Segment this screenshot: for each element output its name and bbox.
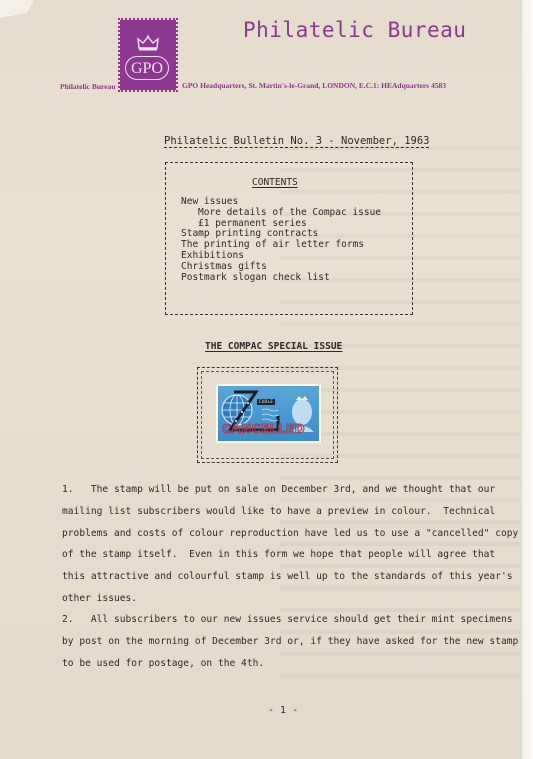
compac-stamp: CABLE CANCELLED [216,384,321,443]
contents-item: More details of the Compac issue [181,208,381,219]
contents-title: CONTENTS [252,177,298,188]
text-line: by post on the morning of December 3rd o… [62,631,522,653]
page-number: - 1 - [268,705,298,716]
contents-item: Christmas gifts [181,262,381,273]
letterhead-address: GPO Headquarters, St. Martin's-le-Grand,… [182,81,446,90]
contents-list: New issues More details of the Compac is… [181,197,381,283]
text-line: 1. The stamp will be put on sale on Dece… [62,479,522,501]
text-line: to be used for postage, on the 4th. [62,653,522,675]
text-line: 2. All subscribers to our new issues ser… [62,609,522,631]
text-line: other issues. [62,588,522,610]
cancelled-overprint: CANCELLED [222,422,305,436]
document-page: GPO Philatelic Bureau Philatelic Bureau … [0,0,523,759]
text-line: problems and costs of colour reproductio… [62,523,522,545]
stamp-cable-label: CABLE [257,399,275,405]
text-line: this attractive and colourful stamp is w… [62,566,522,588]
letterhead-title: Philatelic Bureau [243,18,466,42]
logo-gpo-text: GPO [125,56,169,80]
paragraph-1: 1. The stamp will be put on sale on Dece… [62,479,522,610]
section-title: THE COMPAC SPECIAL ISSUE [205,341,342,352]
contents-item: Postmark slogan check list [181,273,381,284]
page-edge [522,0,533,759]
letterhead-caption: Philatelic Bureau [60,82,116,91]
torn-corner [0,0,34,18]
text-line: mailing list subscribers would like to h… [62,501,522,523]
text-line: of the stamp itself. Even in this form w… [62,544,522,566]
gpo-logo: GPO [120,20,176,90]
paragraph-2: 2. All subscribers to our new issues ser… [62,609,522,674]
crown-icon [137,35,159,51]
bulletin-heading: Philatelic Bulletin No. 3 - November, 19… [164,135,430,147]
